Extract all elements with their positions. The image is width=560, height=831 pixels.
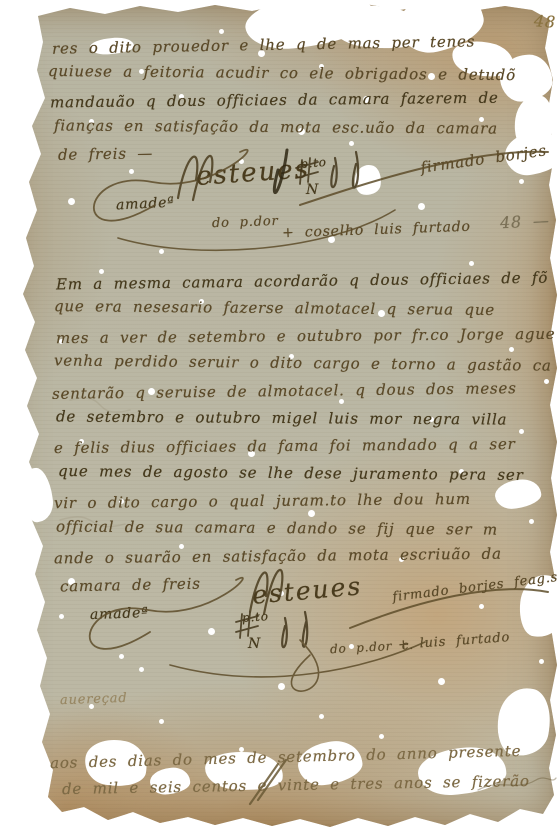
signature-monogram: amadeª (116, 194, 175, 213)
folio-number-top: 48 (533, 11, 556, 31)
docket-note: auereçad (60, 691, 128, 708)
office-note: do p.dor (212, 214, 279, 231)
damage-speckles (0, 0, 3, 3)
handwritten-line: fianças en satisfação da mota esc.uão da… (54, 116, 498, 137)
handwritten-line: camara de freis (60, 575, 201, 596)
folio-number-mid: 48 — (500, 211, 551, 233)
signature-monogram: amadeª (90, 605, 149, 623)
manuscript-page: 48 48 — res o dito prouedor e lhe q de m… (0, 0, 560, 831)
notary-mark-label: p.to (299, 155, 327, 171)
handwritten-line: de freis — (58, 144, 153, 164)
notary-mark-letter: N (306, 182, 319, 198)
handwritten-line: official de sua camara e dando se fij qu… (56, 517, 498, 538)
handwritten-line: de setembro e outubro migel luis mor neg… (56, 407, 507, 428)
notary-mark-label: p.to (242, 609, 270, 625)
handwritten-line: que era nesesario fazerse almotacel q se… (54, 297, 495, 319)
notary-mark-letter: N (248, 636, 261, 652)
